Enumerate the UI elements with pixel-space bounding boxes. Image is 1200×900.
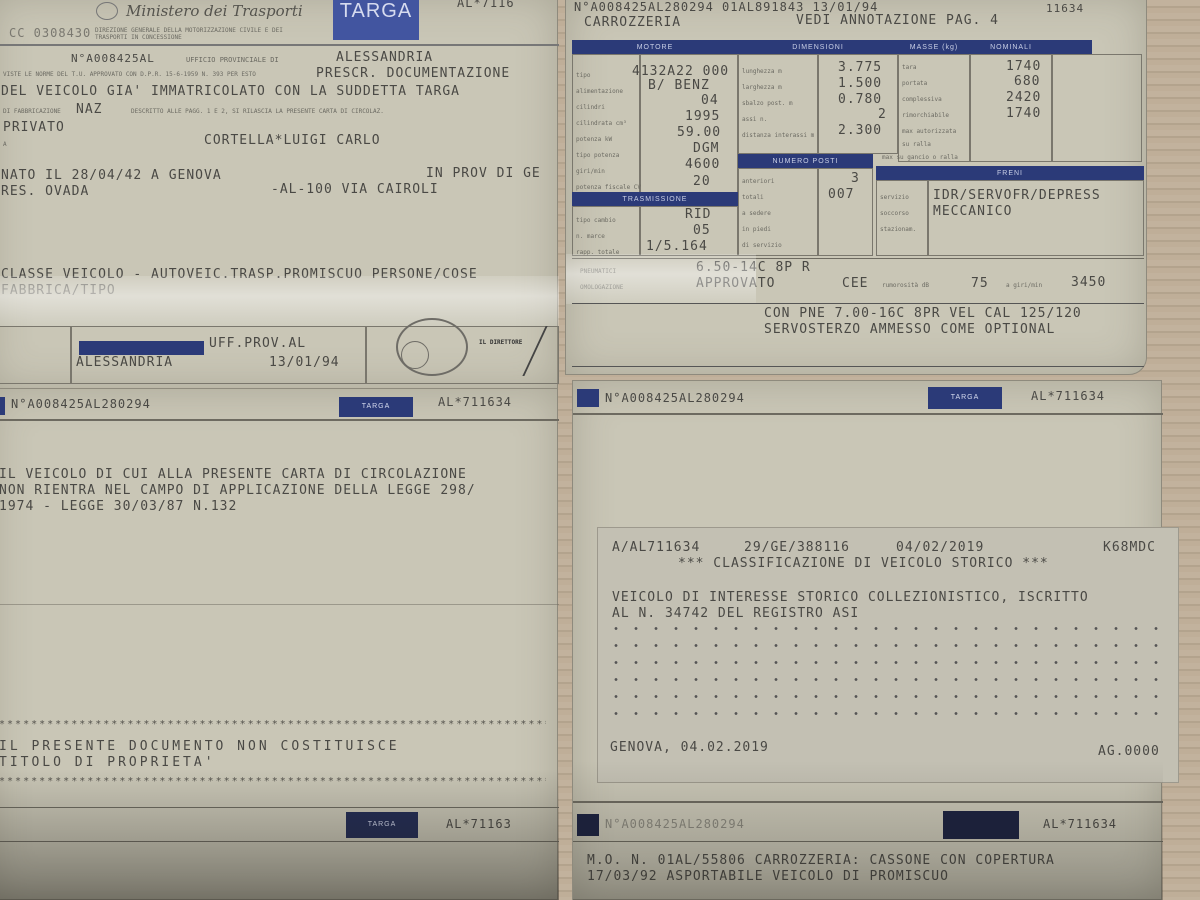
document-number-full: N°A008425AL280294 01AL891843 13/01/94 xyxy=(574,0,878,14)
owner-birth: NATO IL 28/04/42 A GENOVA xyxy=(1,168,222,183)
registration-page-3: N°A008425AL280294 TARGA AL*711634 IL VEI… xyxy=(0,388,558,900)
section-dimensioni: DIMENSIONI xyxy=(738,40,898,54)
displacement: 1995 xyxy=(685,109,720,124)
targa-badge: TARGA xyxy=(928,387,1002,409)
registration-page-2: N°A008425AL280294 01AL891843 13/01/94 11… xyxy=(565,0,1147,375)
section-motore: MOTORE xyxy=(572,40,738,54)
document-number: N°A008425AL280294 xyxy=(11,397,151,411)
targa-badge: TARGA xyxy=(333,0,419,40)
sticker-title: *** CLASSIFICAZIONE DI VEICOLO STORICO *… xyxy=(678,556,1049,571)
rpm-value: 4600 xyxy=(685,157,720,172)
plate-number: AL*711634 xyxy=(438,395,512,409)
axles: 2 xyxy=(878,107,887,122)
sticker-body-line-2: AL N. 34742 DEL REGISTRO ASI xyxy=(612,606,859,621)
power-kw: 59.00 xyxy=(677,125,721,140)
owner-residence: RES. OVADA xyxy=(1,184,89,199)
use-type: PRIVATO xyxy=(3,120,65,135)
office-name: ALESSANDRIA xyxy=(336,50,433,65)
sticker-code: K68MDC xyxy=(1103,540,1156,555)
legal-note-line-3: 1974 - LEGGE 30/03/87 N.132 xyxy=(0,499,237,514)
section-nominali: NOMINALI xyxy=(970,40,1052,54)
payload: 680 xyxy=(1014,74,1040,89)
bodywork-value: VEDI ANNOTAZIONE PAG. 4 xyxy=(796,13,999,28)
prescription-text: PRESCR. DOCUMENTAZIONE xyxy=(316,66,510,81)
disclaimer-line-2: TITOLO DI PROPRIETA' xyxy=(0,755,216,770)
issue-description: DESCRITTO ALLE PAGG. 1 E 2, SI RILASCIA … xyxy=(131,108,384,115)
total-mass: 2420 xyxy=(1006,90,1041,105)
front-seats: 3 xyxy=(851,171,860,186)
stamp-city: ALESSANDRIA xyxy=(76,355,173,370)
tare-mass: 1740 xyxy=(1006,59,1041,74)
stamp-office: UFF.PROV.AL xyxy=(209,336,306,351)
noise-level: 75 xyxy=(971,276,989,291)
form-serial: CC 0308430 xyxy=(9,26,91,40)
owner-province: IN PROV DI GE xyxy=(426,166,541,181)
owner-address: -AL-100 VIA CAIROLI xyxy=(271,182,439,197)
service-brake: IDR/SERVOFR/DEPRESS xyxy=(933,188,1101,203)
ministry-emblem-icon xyxy=(96,2,118,20)
plate-number-header: AL*7116 xyxy=(457,0,515,10)
power-steering-note: SERVOSTERZO AMMESSO COME OPTIONAL xyxy=(764,322,1055,337)
section-numero-posti: NUMERO POSTI xyxy=(738,154,873,168)
stars-border-top: ****************************************… xyxy=(0,719,546,731)
tyre-note: CON PNE 7.00-16C 8PR VEL CAL 125/120 xyxy=(764,306,1082,321)
owner-label: A xyxy=(3,141,7,148)
targa-badge: TARGA xyxy=(339,397,413,417)
sticker-reference: A/AL711634 xyxy=(612,540,700,555)
sticker-date: 04/02/2019 xyxy=(896,540,984,555)
ministry-direction: DIREZIONE GENERALE DELLA MOTORIZZAZIONE … xyxy=(95,27,315,41)
power-type: DGM xyxy=(693,141,719,156)
document-number: N°A008425AL280294 xyxy=(605,391,745,405)
section-trasmissione: TRASMISSIONE xyxy=(572,192,738,206)
cylinders: 04 xyxy=(701,93,719,108)
owner-name: CORTELLA*LUIGI CARLO xyxy=(204,133,381,148)
fiscal-hp: 20 xyxy=(693,174,711,189)
towable-mass: 1740 xyxy=(1006,106,1041,121)
emergency-brake: MECCANICO xyxy=(933,204,1012,219)
registration-page-1: Ministero dei Trasporti CC 0308430 DIREZ… xyxy=(0,0,558,390)
wheelbase: 2.300 xyxy=(838,123,882,138)
gear-count: 05 xyxy=(693,223,711,238)
plate-number-partial: 11634 xyxy=(1046,2,1084,15)
disclaimer-line-1: IL PRESENTE DOCUMENTO NON COSTITUISCE xyxy=(0,739,400,754)
length: 3.775 xyxy=(838,60,882,75)
dotted-fill-pattern xyxy=(606,620,1166,724)
office-label: UFFICIO PROVINCIALE DI xyxy=(186,56,279,64)
fuel-type: B/ BENZ xyxy=(648,78,710,93)
section-freni: FRENI xyxy=(876,166,1144,180)
engine-type: 4132A22 000 xyxy=(632,64,729,79)
stamp-date: 13/01/94 xyxy=(269,355,340,370)
legal-note-line-2: NON RIENTRA NEL CAMPO DI APPLICAZIONE DE… xyxy=(0,483,476,498)
section-masse: MASSE (kg) xyxy=(898,40,970,54)
rear-overhang: 0.780 xyxy=(838,92,882,107)
sticker-protocol: 29/GE/388116 xyxy=(744,540,850,555)
adhesive-tape-strip xyxy=(0,276,559,326)
sticker-body-line-1: VEICOLO DI INTERESSE STORICO COLLEZIONIS… xyxy=(612,590,1089,605)
registration-page-4: N°A008425AL280294 TARGA AL*711634 A/AL71… xyxy=(572,380,1162,900)
ministry-title: Ministero dei Trasporti xyxy=(126,2,303,20)
bodywork-label: CARROZZERIA xyxy=(584,15,681,30)
stamp-header-bar xyxy=(79,341,204,355)
manufacture-origin: NAZ xyxy=(76,102,102,117)
cee-label: CEE xyxy=(842,276,868,291)
width: 1.500 xyxy=(838,76,882,91)
gear-ratio: 1/5.164 xyxy=(646,239,708,254)
legal-note-line-1: IL VEICOLO DI CUI ALLA PRESENTE CARTA DI… xyxy=(0,467,467,482)
document-number: N°A008425AL xyxy=(71,52,155,65)
plate-number: AL*711634 xyxy=(1031,389,1105,403)
sticker-place-date: GENOVA, 04.02.2019 xyxy=(610,740,769,755)
law-reference: VISTE LE NORME DEL T.U. APPROVATO CON D.… xyxy=(3,71,256,78)
historic-vehicle-sticker: A/AL711634 29/GE/388116 04/02/2019 K68MD… xyxy=(597,527,1179,783)
total-seats: 007 xyxy=(828,187,854,202)
sticker-agency: AG.0000 xyxy=(1098,744,1160,759)
manufacture-label: DI FABBRICAZIONE xyxy=(3,108,61,115)
noise-rpm: 3450 xyxy=(1071,275,1106,290)
vehicle-registered-text: DEL VEICOLO GIA' IMMATRICOLATO CON LA SU… xyxy=(1,84,460,99)
gearbox-type: RID xyxy=(685,207,711,222)
